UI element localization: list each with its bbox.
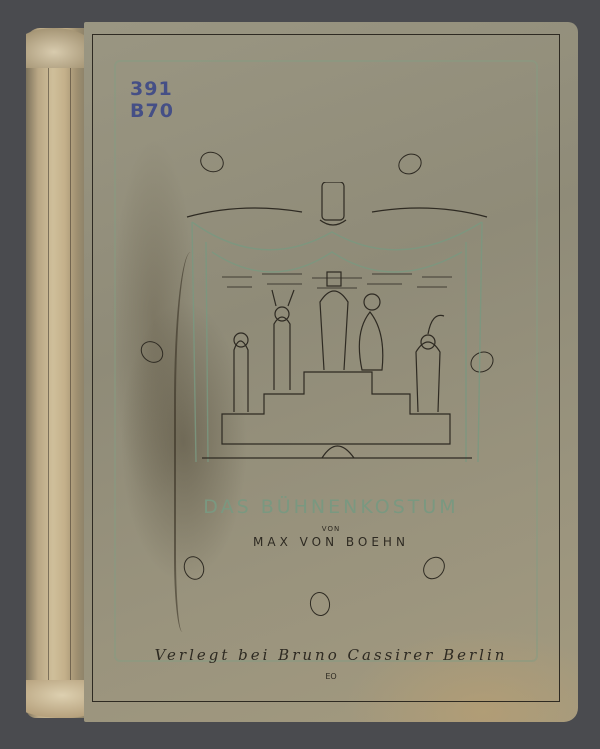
- byline-prefix: VON: [84, 525, 578, 533]
- book-author: MAX VON BOEHN: [84, 535, 578, 549]
- bottom-mark: EO: [84, 672, 578, 681]
- spine-line: [48, 68, 49, 698]
- front-cover: 391 B70: [84, 22, 578, 722]
- book-title: DAS BÜHNENKOSTUM: [84, 496, 578, 518]
- book: 391 B70: [22, 22, 578, 722]
- stage-illustration: [182, 182, 492, 482]
- publisher-line: Verlegt bei Bruno Cassirer Berlin: [84, 646, 578, 664]
- spine-line: [70, 68, 71, 698]
- library-call-number: 391 B70: [130, 78, 174, 122]
- book-spine: [26, 28, 86, 718]
- call-number-line1: 391: [130, 78, 174, 100]
- call-number-line2: B70: [130, 100, 174, 122]
